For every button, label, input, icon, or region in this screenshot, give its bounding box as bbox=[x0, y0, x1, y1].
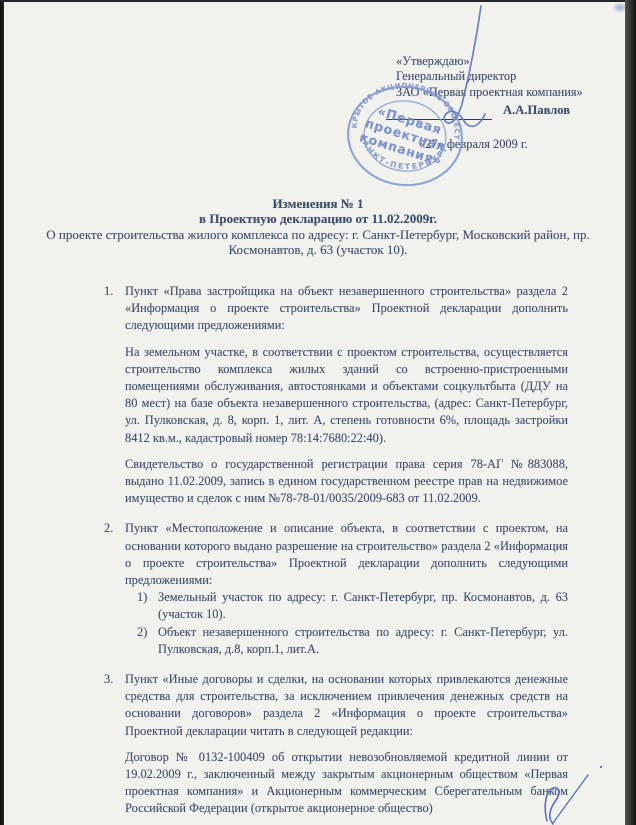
item-paragraph: На земельном участке, в соответствии с п… bbox=[125, 344, 568, 447]
item-intro: Пункт «Права застройщика на объект незав… bbox=[125, 283, 568, 335]
scan-edge-top bbox=[0, 0, 636, 2]
list-item-2: 2. Пункт «Местоположение и описание объе… bbox=[125, 520, 568, 658]
item-paragraph: Свидетельство о государственной регистра… bbox=[125, 456, 568, 508]
list-item-3: 3. Пункт «Иные договоры и сделки, на осн… bbox=[125, 671, 568, 818]
page-title: Изменения № 1 в Проектную декларацию от … bbox=[30, 196, 606, 258]
signer-name: А.А.Павлов bbox=[503, 103, 570, 118]
item-intro: Пункт «Местоположение и описание объекта… bbox=[125, 520, 568, 589]
document-page: «Утверждаю» Генеральный директор ЗАО «Пе… bbox=[0, 0, 636, 825]
subitem-marker: 2) bbox=[137, 624, 147, 641]
list-item-1: 1. Пункт «Права застройщика на объект не… bbox=[125, 283, 568, 507]
title-subtitle: О проекте строительства жилого комплекса… bbox=[42, 227, 594, 258]
item-intro: Пункт «Иные договоры и сделки, на основа… bbox=[125, 671, 568, 740]
subitem: 1) Земельный участок по адресу: г. Санкт… bbox=[125, 589, 568, 623]
item-paragraph: Договор № 0132-100409 об открытии невозо… bbox=[125, 749, 568, 818]
scan-edge-right bbox=[625, 0, 636, 825]
subitem: 2) Объект незавершенного строительства п… bbox=[125, 624, 568, 658]
scan-edge-left bbox=[0, 0, 4, 825]
document-body: 1. Пункт «Права застройщика на объект не… bbox=[125, 283, 568, 825]
title-line-2: в Проектную декларацию от 11.02.2009г. bbox=[30, 211, 606, 226]
item-number: 3. bbox=[104, 671, 113, 688]
title-line-1: Изменения № 1 bbox=[30, 196, 606, 211]
item-number: 1. bbox=[104, 283, 113, 300]
subitem-marker: 1) bbox=[137, 589, 147, 606]
bottom-initial-mark bbox=[535, 753, 635, 825]
item-number: 2. bbox=[104, 520, 113, 537]
director-signature-stroke bbox=[400, 0, 510, 140]
subitem-text: Объект незавершенного строительства по а… bbox=[158, 625, 568, 656]
subitem-text: Земельный участок по адресу: г. Санкт-Пе… bbox=[158, 590, 568, 621]
